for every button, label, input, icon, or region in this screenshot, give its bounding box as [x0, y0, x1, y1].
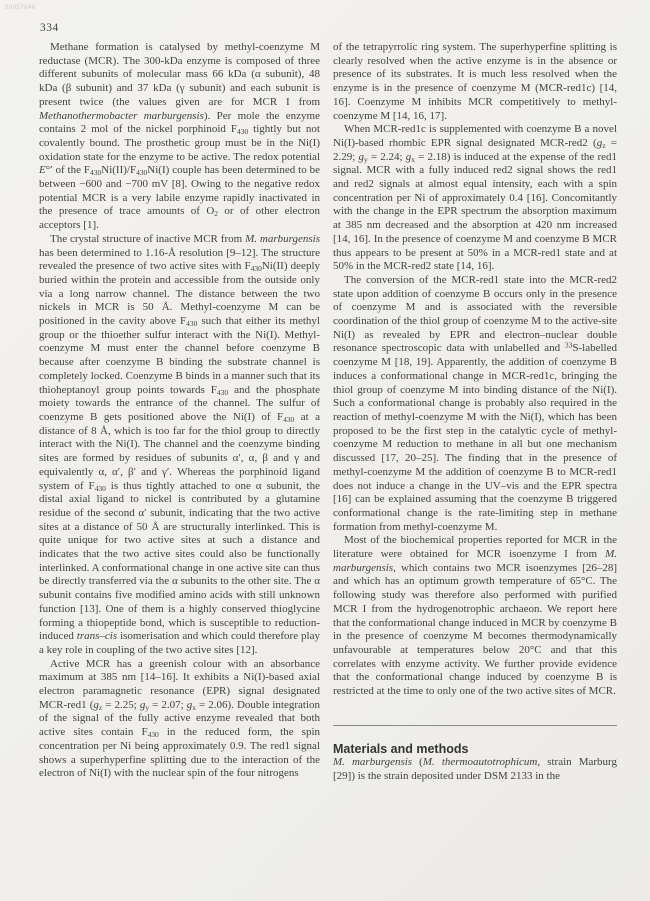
paragraph-biochemical-properties: Most of the biochemical properties repor… — [333, 534, 617, 698]
paragraph-tetrapyrrolic-continuation: of the tetrapyrrolic ring system. The su… — [333, 41, 617, 123]
paragraph-methane-formation: Methane formation is catalysed by methyl… — [39, 41, 320, 233]
paragraph-crystal-structure: The crystal structure of inactive MCR fr… — [39, 233, 320, 658]
left-text-column: Methane formation is catalysed by methyl… — [39, 41, 320, 781]
right-text-column: of the tetrapyrrolic ring system. The su… — [333, 41, 617, 784]
scanned-paper-page: 00057846 334 Methane formation is cataly… — [0, 0, 650, 901]
paragraph-strain-description: M. marburgensis (M. thermoautotrophicum,… — [333, 756, 617, 783]
scan-artifact-code: 00057846 — [5, 5, 36, 11]
paragraph-red1-red2-conversion: The conversion of the MCR-red1 state int… — [333, 274, 617, 534]
section-divider-rule — [333, 725, 617, 726]
paragraph-active-mcr: Active MCR has a greenish colour with an… — [39, 658, 320, 781]
page-number: 334 — [40, 22, 59, 34]
paragraph-mcr-red2: When MCR-red1c is supplemented with coen… — [333, 123, 617, 274]
materials-and-methods-heading: Materials and methods — [333, 743, 617, 757]
